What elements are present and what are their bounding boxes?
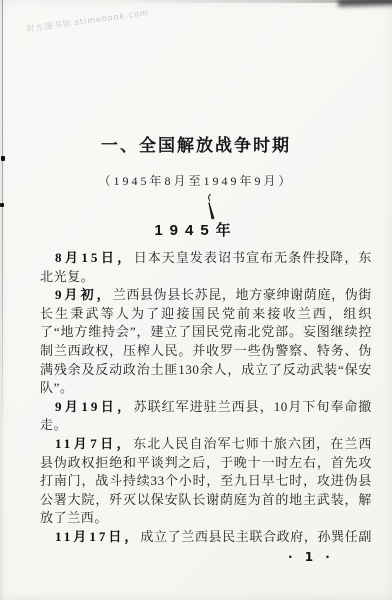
scan-corner-smudge — [338, 0, 392, 7]
entry-paragraph: 9月初，兰西县伪县长苏昆，地方豪绅谢荫庭，伪街长生秉武等人为了迎接国民党前来接收… — [40, 286, 372, 398]
entry-date: 11月17日， — [55, 529, 140, 544]
year-section: 1945年 — [0, 219, 392, 240]
chapter-date-range: （1945年8月至1949年9月） — [0, 172, 392, 189]
scan-ink-dot — [0, 203, 4, 207]
page-number: · 1 · — [288, 550, 334, 564]
library-watermark: 时光图书馆 stimebook.com — [26, 7, 149, 35]
scan-ink-dot — [1, 156, 5, 161]
chronicle-entries: 8月15日，日本天皇发表诏书宣布无条件投降，东北光复。 9月初，兰西县伪县长苏昆… — [40, 249, 372, 549]
entry-date: 9月初， — [55, 287, 113, 302]
entry-paragraph: 8月15日，日本天皇发表诏书宣布无条件投降，东北光复。 — [40, 249, 372, 286]
entry-text: 兰西县伪县长苏昆，地方豪绅谢荫庭，伪街长生秉武等人为了迎接国民党前来接收兰西，组… — [40, 287, 372, 395]
entry-paragraph: 11月7日，东北人民自治军七师十旅六团，在兰西县伪政权拒绝和平谈判之后，于晚十一… — [40, 435, 372, 528]
chapter-title: 一、全国解放战争时期 — [0, 131, 392, 156]
entry-date: 9月19日， — [55, 399, 134, 414]
entry-date: 8月15日， — [55, 250, 134, 265]
entry-paragraph: 9月19日，苏联红军进驻兰西县，10月下旬奉命撤走。 — [40, 398, 372, 435]
entry-date: 11月7日， — [55, 436, 133, 451]
scanned-book-page: 时光图书馆 stimebook.com 一、全国解放战争时期 （1945年8月至… — [0, 0, 392, 600]
year-heading: 1945年 — [154, 219, 237, 240]
entry-paragraph: 11月17日，成立了兰西县民主联合政府，孙巽任副主席。 — [40, 528, 372, 549]
